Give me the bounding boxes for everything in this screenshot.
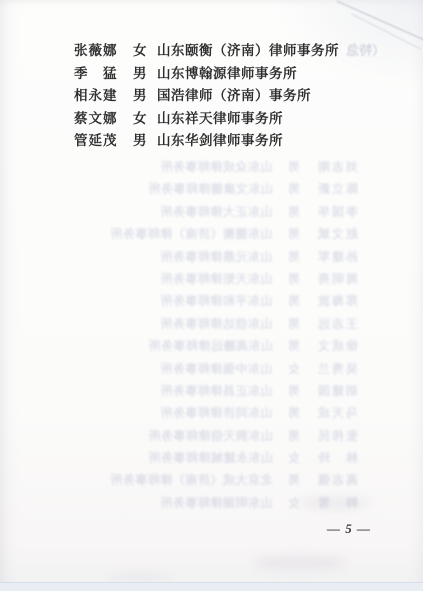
lawyer-gender: 女 (133, 39, 157, 59)
lawyer-gender: 男 (133, 129, 157, 149)
bleedthrough-row: 山东德衡（济南）律师事务所 男 赵文斌 (0, 221, 423, 243)
lawyer-name: 季 猛 (74, 62, 133, 82)
bleedthrough-firm-text: 山东元鼎律师事务所 (160, 248, 273, 265)
bleedthrough-firm-text: 山东文康德律师事务所 (148, 180, 273, 197)
bleedthrough-gender-text: 男 (288, 292, 300, 309)
law-firm-name: 山东颐衡（济南）律师事务所 (157, 39, 339, 59)
roster-row: 张薇娜 女 山东颐衡（济南）律师事务所 (74, 38, 339, 61)
bleedthrough-name-text: 郑海波 (316, 292, 358, 309)
bleedthrough-name-text: 赵文斌 (316, 225, 358, 242)
law-firm-name: 山东祥天律师事务所 (157, 107, 283, 127)
bleedthrough-name-text: 张伟民 (316, 427, 358, 444)
scan-smudge (110, 572, 170, 582)
bleedthrough-row: 山东天矩律师事务所 男 周明亮 (0, 266, 423, 288)
roster-row: 相永建 男 国浩律师（济南）事务所 (74, 83, 339, 106)
bleedthrough-firm-text: 山东信达律师事务所 (160, 315, 273, 332)
bleedthrough-name-text: 孙建军 (316, 248, 358, 265)
bleedthrough-row: 山东永建城律师事务所 女 林 玲 (0, 445, 423, 467)
bleedthrough-gender-text: 男 (288, 180, 300, 197)
paper-crease-line (336, 0, 423, 41)
bleedthrough-gender-text: 男 (288, 337, 300, 354)
bleedthrough-firm-text: 北京大成（济南）律师事务所 (110, 471, 273, 488)
bleedthrough-firm-text: 山东正昌律师事务所 (160, 382, 273, 399)
bleedthrough-row: 山东元鼎律师事务所 男 孙建军 (0, 244, 423, 266)
bleedthrough-row: 山东同济律师事务所 男 马天成 (0, 400, 423, 422)
lawyer-name: 相永建 (74, 84, 133, 104)
scan-smudge (252, 556, 347, 570)
bleedthrough-row: 山东明湖律师事务所 女 韩 雪 (0, 490, 423, 512)
bleedthrough-gender-text: 男 (288, 203, 300, 220)
lawyer-name: 蔡文娜 (74, 107, 133, 127)
scanned-document-page: （特急 张薇娜 女 山东颐衡（济南）律师事务所 季 猛 男 山东博翰源律师事务所… (0, 0, 423, 591)
bleedthrough-name-text: 胡建国 (316, 382, 358, 399)
bleedthrough-row: 北京大成（济南）律师事务所 男 高志强 (0, 467, 423, 489)
roster-row: 管延茂 男 山东华剑律师事务所 (74, 128, 339, 151)
bleedthrough-firm-text: 山东众成律师事务所 (160, 158, 273, 175)
lawyer-gender: 男 (133, 62, 157, 82)
law-firm-name: 国浩律师（济南）事务所 (157, 84, 311, 104)
bleedthrough-name-text: 林 玲 (316, 449, 358, 466)
bleedthrough-firm-text: 山东正大律师事务所 (160, 203, 273, 220)
scan-edge-strip (0, 582, 423, 591)
bleedthrough-name-text: 周明亮 (316, 270, 358, 287)
bleedthrough-row: 山东润天信律师事务所 男 张伟民 (0, 423, 423, 445)
bleedthrough-firm-text: 山东天矩律师事务所 (160, 270, 273, 287)
roster-row: 季 猛 男 山东博翰源律师事务所 (74, 61, 339, 84)
bleedthrough-gender-text: 女 (288, 449, 300, 466)
bleedthrough-row: 山东信达律师事务所 男 王志远 (0, 311, 423, 333)
lawyer-gender: 男 (133, 84, 157, 104)
bleedthrough-row: 山东众成律师事务所 男 刘志刚 (0, 154, 423, 176)
bleedthrough-gender-text: 女 (288, 494, 300, 511)
bleedthrough-gender-text: 男 (288, 427, 300, 444)
bleedthrough-firm-text: 山东高瞻远律师事务所 (148, 337, 273, 354)
bleedthrough-firm-text: 山东明湖律师事务所 (160, 494, 273, 511)
bleedthrough-firm-text: 山东同济律师事务所 (160, 404, 273, 421)
bleedthrough-gender-text: 男 (288, 270, 300, 287)
lawyer-name: 管延茂 (74, 129, 133, 149)
lawyer-name: 张薇娜 (74, 39, 133, 59)
bleedthrough-gender-text: 男 (288, 158, 300, 175)
bleedthrough-name-text: 马天成 (316, 404, 358, 421)
bleedthrough-gender-text: 男 (288, 382, 300, 399)
bleedthrough-row: 山东正大律师事务所 男 李国华 (0, 199, 423, 221)
bleedthrough-gender-text: 男 (288, 404, 300, 421)
roster-row: 蔡文娜 女 山东祥天律师事务所 (74, 106, 339, 129)
bleedthrough-name-text: 陈立新 (316, 180, 358, 197)
bleedthrough-gender-text: 男 (288, 315, 300, 332)
lawyer-roster-list: 张薇娜 女 山东颐衡（济南）律师事务所 季 猛 男 山东博翰源律师事务所 相永建… (74, 38, 339, 151)
bleedthrough-row: 山东高瞻远律师事务所 男 徐成文 (0, 333, 423, 355)
bleedthrough-text-block: 山东众成律师事务所 男 刘志刚 山东文康德律师事务所 男 陈立新 山东正大律师事… (0, 154, 423, 512)
bleedthrough-firm-text: 山东润天信律师事务所 (148, 427, 273, 444)
bleedthrough-corner-smudge: （特急 (346, 40, 385, 59)
bleedthrough-name-text: 徐成文 (316, 337, 358, 354)
bleedthrough-gender-text: 男 (288, 225, 300, 242)
bleedthrough-row: 山东文康德律师事务所 男 陈立新 (0, 176, 423, 198)
bleedthrough-row: 山东中强律师事务所 女 吴秀兰 (0, 356, 423, 378)
bleedthrough-name-text: 王志远 (316, 315, 358, 332)
bleedthrough-row: 山东平和律师事务所 男 郑海波 (0, 288, 423, 310)
page-number: — 5 — (327, 521, 371, 537)
bleedthrough-name-text: 韩 雪 (316, 494, 358, 511)
bleedthrough-name-text: 高志强 (316, 471, 358, 488)
law-firm-name: 山东华剑律师事务所 (157, 129, 283, 149)
bleedthrough-name-text: 李国华 (316, 203, 358, 220)
bleedthrough-firm-text: 山东永建城律师事务所 (148, 449, 273, 466)
bleedthrough-firm-text: 山东平和律师事务所 (160, 292, 273, 309)
bleedthrough-name-text: 刘志刚 (316, 158, 358, 175)
bleedthrough-firm-text: 山东德衡（济南）律师事务所 (110, 225, 273, 242)
bleedthrough-name-text: 吴秀兰 (316, 360, 358, 377)
bleedthrough-row: 山东正昌律师事务所 男 胡建国 (0, 378, 423, 400)
bleedthrough-firm-text: 山东中强律师事务所 (160, 360, 273, 377)
bleedthrough-gender-text: 男 (288, 471, 300, 488)
bleedthrough-gender-text: 女 (288, 360, 300, 377)
law-firm-name: 山东博翰源律师事务所 (157, 62, 297, 82)
bleedthrough-gender-text: 男 (288, 248, 300, 265)
lawyer-gender: 女 (133, 107, 157, 127)
